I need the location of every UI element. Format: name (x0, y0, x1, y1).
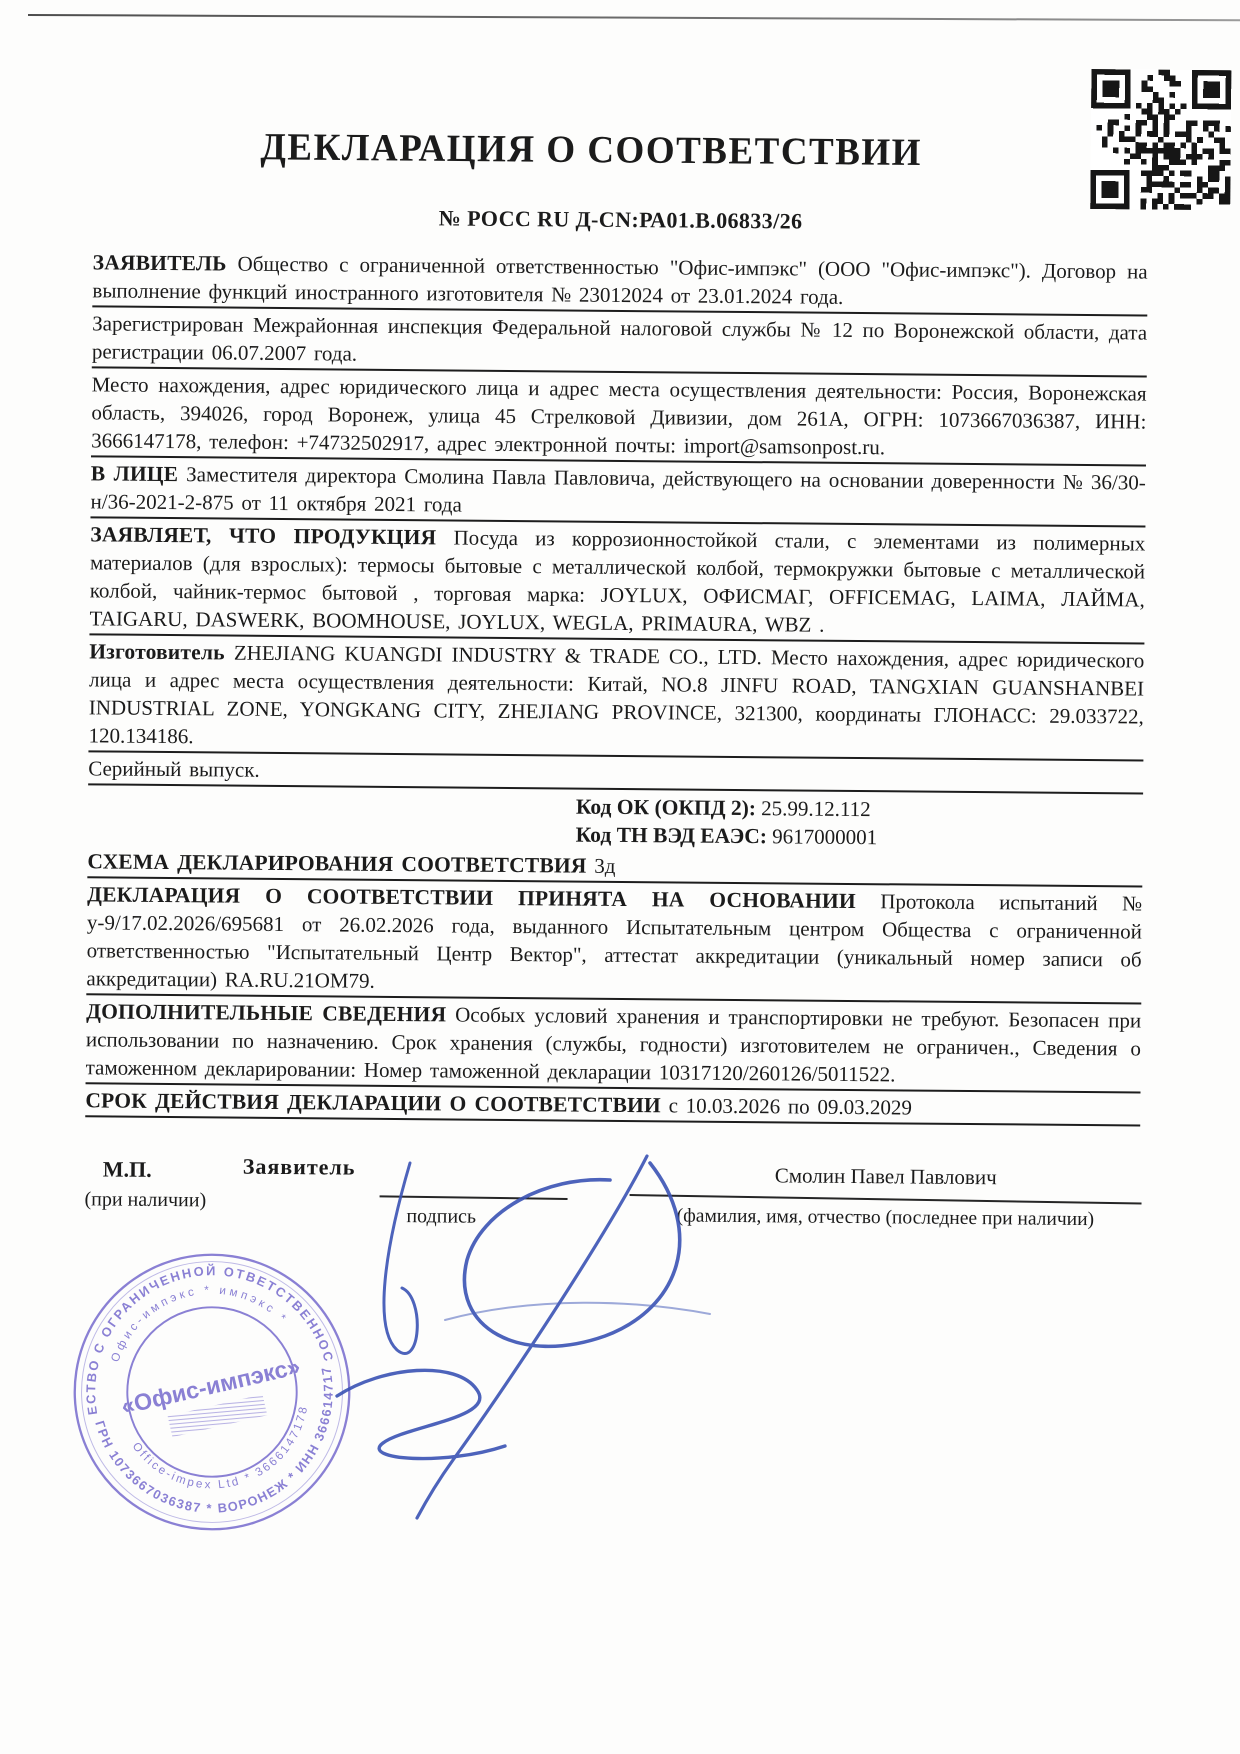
signature-line (380, 1195, 568, 1200)
section-text: ZHEJIANG KUANGDI INDUSTRY & TRADE CO., L… (88, 641, 1144, 749)
section-text: Заместителя директора Смолина Павла Павл… (91, 462, 1146, 516)
section-label: СРОК ДЕЙСТВИЯ ДЕКЛАРАЦИИ О СООТВЕТСТВИИ (85, 1088, 661, 1117)
section-represented-by: В ЛИЦЕ Заместителя директора Смолина Пав… (90, 459, 1145, 527)
section-applicant: ЗАЯВИТЕЛЬ Общество с ограниченной ответс… (92, 248, 1147, 316)
code-tnved-value: 9617000001 (772, 824, 877, 849)
section-manufacturer: Изготовитель ZHEJIANG KUANGDI INDUSTRY &… (88, 637, 1144, 761)
signature-caption: подпись (406, 1202, 476, 1231)
section-text: 3д (594, 854, 615, 878)
declaration-document-page: ДЕКЛАРАЦИЯ О СООТВЕТСТВИИ № РОСС RU Д-CN… (0, 0, 1240, 1754)
section-text: Общество с ограниченной ответственностью… (92, 252, 1147, 309)
applicant-label: Заявитель (243, 1153, 356, 1182)
section-label: В ЛИЦЕ (91, 461, 179, 486)
section-product: ЗАЯВЛЯЕТ, ЧТО ПРОДУКЦИЯ Посуда из корроз… (89, 520, 1145, 644)
code-tnved: Код ТН ВЭД ЕАЭС: 9617000001 (576, 821, 1143, 854)
section-declaration-scheme: ДЕКЛАРАЦИЯ О СООТВЕТСТВИИ ПРИНЯТА НА ОСН… (86, 880, 1142, 1004)
section-label: ДЕКЛАРАЦИЯ О СООТВЕТСТВИИ ПРИНЯТА НА ОСН… (87, 882, 856, 913)
document-title: ДЕКЛАРАЦИЯ О СООТВЕТСТВИИ (94, 123, 1149, 178)
code-okpd-label: Код ОК (ОКПД 2): (576, 795, 756, 821)
section-registration: Зарегистрирован Межрайонная инспекция Фе… (92, 309, 1147, 377)
section-additional-info: СРОК ДЕЙСТВИЯ ДЕКЛАРАЦИИ О СООТВЕТСТВИИ … (85, 1086, 1140, 1126)
stamp-place-note: (при наличии) (84, 1185, 206, 1214)
section-label: ЗАЯВЛЯЕТ, ЧТО ПРОДУКЦИЯ (90, 522, 436, 549)
stamp-center-text: «Офис-импэкс» (119, 1353, 303, 1419)
section-label: СХЕМА ДЕКЛАРИРОВАНИЯ СООТВЕТСТВИЯ (87, 849, 586, 877)
stamp-ring-inner-bottom: Office-impex Ltd * 3666147178 (128, 1401, 324, 1510)
section-serial-production: Серийный выпуск. (88, 754, 1143, 794)
stamp-place-label: М.П. (103, 1155, 152, 1183)
section-basis: ДОПОЛНИТЕЛЬНЫЕ СВЕДЕНИЯ Особых условий х… (86, 997, 1142, 1093)
document-content: ДЕКЛАРАЦИЯ О СООТВЕТСТВИИ № РОСС RU Д-CN… (83, 0, 1150, 1332)
signatory-name: Смолин Павел Павлович (630, 1160, 1142, 1192)
section-label: Изготовитель (89, 639, 225, 664)
section-label: ДОПОЛНИТЕЛЬНЫЕ СВЕДЕНИЯ (86, 999, 446, 1026)
code-tnved-label: Код ТН ВЭД ЕАЭС: (576, 823, 767, 849)
signature-block: М.П. (при наличии) Заявитель подпись Смо… (83, 1133, 1140, 1332)
name-caption: (фамилия, имя, отчество (последнее при н… (629, 1202, 1141, 1234)
section-address: Место нахождения, адрес юридического лиц… (91, 370, 1147, 466)
svg-text:Office-impex Ltd * 3666147178: Office-impex Ltd * 3666147178 (128, 1401, 324, 1510)
document-number: № РОСС RU Д-CN:РА01.В.06833/26 (93, 202, 1148, 237)
product-codes: Код ОК (ОКПД 2): 25.99.12.112 Код ТН ВЭД… (88, 788, 1143, 853)
section-text: Место нахождения, адрес юридического лиц… (91, 372, 1147, 459)
section-text: Серийный выпуск. (88, 756, 260, 781)
section-label: ЗАЯВИТЕЛЬ (93, 250, 227, 275)
section-text: Зарегистрирован Межрайонная инспекция Фе… (92, 311, 1147, 365)
section-text: с 10.03.2026 по 09.03.2029 (669, 1093, 913, 1119)
stamp-fine-print-block (168, 1394, 268, 1437)
code-okpd-value: 25.99.12.112 (761, 796, 871, 821)
